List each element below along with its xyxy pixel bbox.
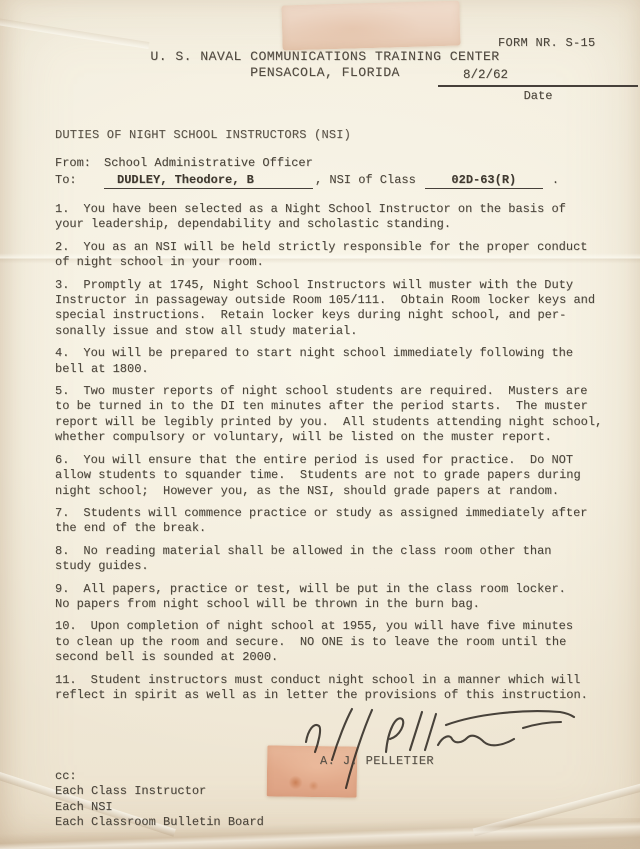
paragraph-number: 10. [55,619,77,633]
cc-item: Each Class Instructor [55,784,264,799]
cc-label: cc: [55,769,264,784]
paragraph-3: 3.Promptly at 1745, Night School Instruc… [55,278,615,340]
tape-strip-top [281,1,460,51]
signer-typed-name: A. J. PELLETIER [320,754,434,768]
paragraph-number: 4. [55,346,69,360]
paper-crease [0,14,149,49]
date-label: Date [438,87,638,103]
document-title: DUTIES OF NIGHT SCHOOL INSTRUCTORS (NSI) [55,128,351,142]
paragraph-1: 1.You have been selected as a Night Scho… [55,202,615,233]
to-label: To: [55,172,104,189]
paragraph-10: 10.Upon completion of night school at 19… [55,619,615,665]
paragraph-number: 3. [55,278,69,292]
from-line: From:School Administrative Officer [55,155,559,172]
paragraph-text: All papers, practice or test, will be pu… [55,582,566,611]
letterhead-name: U. S. NAVAL COMMUNICATIONS TRAINING CENT… [10,49,640,65]
paragraph-2: 2.You as an NSI will be held strictly re… [55,240,615,271]
address-block: From:School Administrative Officer To:DU… [55,155,559,189]
date-field: 8/2/62 Date [438,68,638,103]
to-line: To:DUDLEY, Theodore, B, NSI of Class02D-… [55,172,559,190]
paragraph-text: Students will commence practice or study… [55,506,588,535]
from-value: School Administrative Officer [104,156,313,170]
scanned-memo-page: FORM NR. S-15 U. S. NAVAL COMMUNICATIONS… [0,0,640,849]
paragraph-text: You will be prepared to start night scho… [55,346,573,375]
paragraph-text: Upon completion of night school at 1955,… [55,619,573,664]
paragraph-text: You have been selected as a Night School… [55,202,566,231]
paragraph-number: 1. [55,202,69,216]
paragraph-number: 5. [55,384,69,398]
paragraph-text: You will ensure that the entire period i… [55,453,581,498]
paragraph-number: 11. [55,673,77,687]
to-name-field: DUDLEY, Theodore, B [104,172,313,190]
paragraph-text: Two muster reports of night school stude… [55,384,602,444]
to-class-field: 02D-63(R) [425,172,543,190]
paragraph-9: 9.All papers, practice or test, will be … [55,582,615,613]
cc-item: Each NSI [55,800,264,815]
to-connector: , NSI of Class [315,173,416,187]
from-label: From: [55,155,104,172]
paragraph-11: 11.Student instructors must conduct nigh… [55,673,615,704]
paragraph-text: Promptly at 1745, Night School Instructo… [55,278,595,338]
paragraph-7: 7.Students will commence practice or stu… [55,506,615,537]
paragraph-6: 6.You will ensure that the entire period… [55,453,615,499]
paragraph-text: Student instructors must conduct night s… [55,673,588,702]
memo-body: 1.You have been selected as a Night Scho… [55,202,615,710]
paragraph-text: No reading material shall be allowed in … [55,544,551,573]
paragraph-number: 7. [55,506,69,520]
date-value: 8/2/62 [438,68,638,87]
paragraph-8: 8.No reading material shall be allowed i… [55,544,615,575]
paragraph-number: 9. [55,582,69,596]
paragraph-5: 5.Two muster reports of night school stu… [55,384,615,446]
paragraph-number: 8. [55,544,69,558]
paragraph-number: 2. [55,240,69,254]
cc-item: Each Classroom Bulletin Board [55,815,264,830]
to-terminator: . [552,173,559,187]
paragraph-text: You as an NSI will be held strictly resp… [55,240,588,269]
cc-block: cc: Each Class Instructor Each NSI Each … [55,769,264,830]
paragraph-4: 4.You will be prepared to start night sc… [55,346,615,377]
paper-crease [473,772,640,837]
paragraph-number: 6. [55,453,69,467]
form-number: FORM NR. S-15 [498,36,596,50]
